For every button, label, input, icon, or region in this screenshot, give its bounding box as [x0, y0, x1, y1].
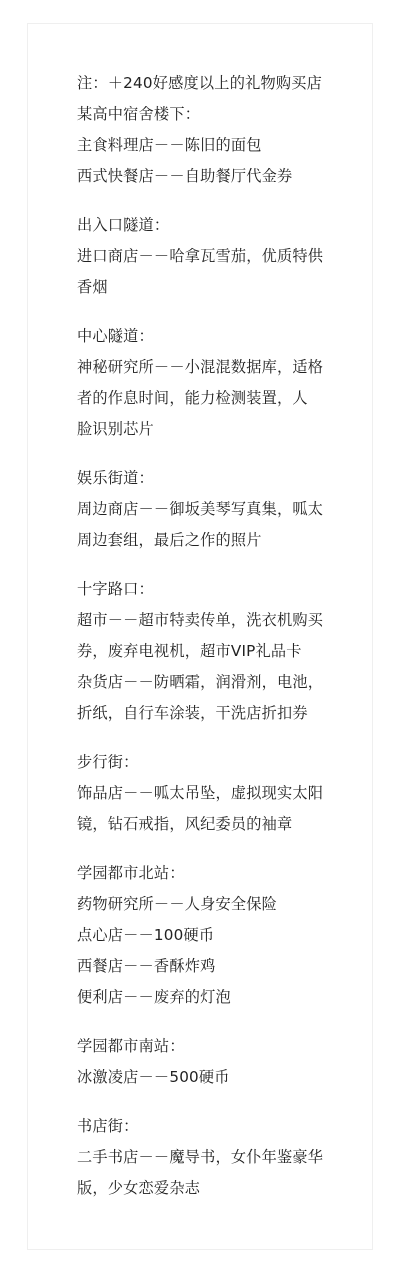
paragraph-south-station: 学园都市南站： 冰激凌店－－500硬币 — [77, 1031, 329, 1093]
shop-line-continued: 者的作息时间，能力检测装置，人 — [77, 383, 329, 414]
section-heading-central-tunnel: 中心隧道： — [77, 321, 329, 352]
shop-line-continued: 折纸，自行车涂装，干洗店折扣券 — [77, 698, 329, 729]
shop-line-continued: 周边套组，最后之作的照片 — [77, 525, 329, 556]
shop-line-continued: 版，少女恋爱杂志 — [77, 1173, 329, 1204]
section-heading-dormitory: 某高中宿舍楼下： — [77, 99, 329, 130]
paragraph-note-dormitory: 注：＋240好感度以上的礼物购买店 某高中宿舍楼下： 主食料理店－－陈旧的面包 … — [77, 68, 329, 192]
note-line: 注：＋240好感度以上的礼物购买店 — [77, 68, 329, 99]
section-heading-pedestrian-street: 步行街： — [77, 747, 329, 778]
paragraph-entrance-tunnel: 出入口隧道： 进口商店－－哈拿瓦雪茄，优质特供 香烟 — [77, 210, 329, 303]
section-heading-entrance-tunnel: 出入口隧道： — [77, 210, 329, 241]
shop-line: 周边商店－－御坂美琴写真集，呱太 — [77, 494, 329, 525]
paragraph-bookstore-street: 书店街： 二手书店－－魔导书，女仆年鉴豪华 版，少女恋爱杂志 — [77, 1111, 329, 1204]
shop-line: 便利店－－废弃的灯泡 — [77, 982, 329, 1013]
paragraph-crossroads: 十字路口： 超市－－超市特卖传单，洗衣机购买 券，废弃电视机，超市VIP礼品卡 … — [77, 574, 329, 729]
paragraph-north-station: 学园都市北站： 药物研究所－－人身安全保险 点心店－－100硬币 西餐店－－香酥… — [77, 858, 329, 1013]
section-heading-entertainment-street: 娱乐街道： — [77, 463, 329, 494]
shop-line: 主食料理店－－陈旧的面包 — [77, 130, 329, 161]
section-heading-north-station: 学园都市北站： — [77, 858, 329, 889]
shop-line: 冰激凌店－－500硬币 — [77, 1062, 329, 1093]
shop-line: 进口商店－－哈拿瓦雪茄，优质特供 — [77, 241, 329, 272]
shop-line: 神秘研究所－－小混混数据库，适格 — [77, 352, 329, 383]
shop-line: 西式快餐店－－自助餐厅代金券 — [77, 161, 329, 192]
shop-line: 杂货店－－防晒霜，润滑剂，电池， — [77, 667, 329, 698]
paragraph-central-tunnel: 中心隧道： 神秘研究所－－小混混数据库，适格 者的作息时间，能力检测装置，人 脸… — [77, 321, 329, 445]
section-heading-south-station: 学园都市南站： — [77, 1031, 329, 1062]
section-heading-bookstore-street: 书店街： — [77, 1111, 329, 1142]
shop-line-continued: 香烟 — [77, 272, 329, 303]
shop-line: 二手书店－－魔导书，女仆年鉴豪华 — [77, 1142, 329, 1173]
paragraph-pedestrian-street: 步行街： 饰品店－－呱太吊坠，虚拟现实太阳 镜，钻石戒指，风纪委员的袖章 — [77, 747, 329, 840]
shop-line: 点心店－－100硬币 — [77, 920, 329, 951]
shop-line-continued: 券，废弃电视机，超市VIP礼品卡 — [77, 636, 329, 667]
shop-line: 饰品店－－呱太吊坠，虚拟现实太阳 — [77, 778, 329, 809]
document-body: 注：＋240好感度以上的礼物购买店 某高中宿舍楼下： 主食料理店－－陈旧的面包 … — [77, 68, 329, 1222]
shop-line-continued: 脸识别芯片 — [77, 414, 329, 445]
shop-line: 药物研究所－－人身安全保险 — [77, 889, 329, 920]
shop-line: 超市－－超市特卖传单，洗衣机购买 — [77, 605, 329, 636]
content-card: 注：＋240好感度以上的礼物购买店 某高中宿舍楼下： 主食料理店－－陈旧的面包 … — [27, 23, 373, 1250]
shop-line: 西餐店－－香酥炸鸡 — [77, 951, 329, 982]
paragraph-entertainment-street: 娱乐街道： 周边商店－－御坂美琴写真集，呱太 周边套组，最后之作的照片 — [77, 463, 329, 556]
shop-line-continued: 镜，钻石戒指，风纪委员的袖章 — [77, 809, 329, 840]
section-heading-crossroads: 十字路口： — [77, 574, 329, 605]
